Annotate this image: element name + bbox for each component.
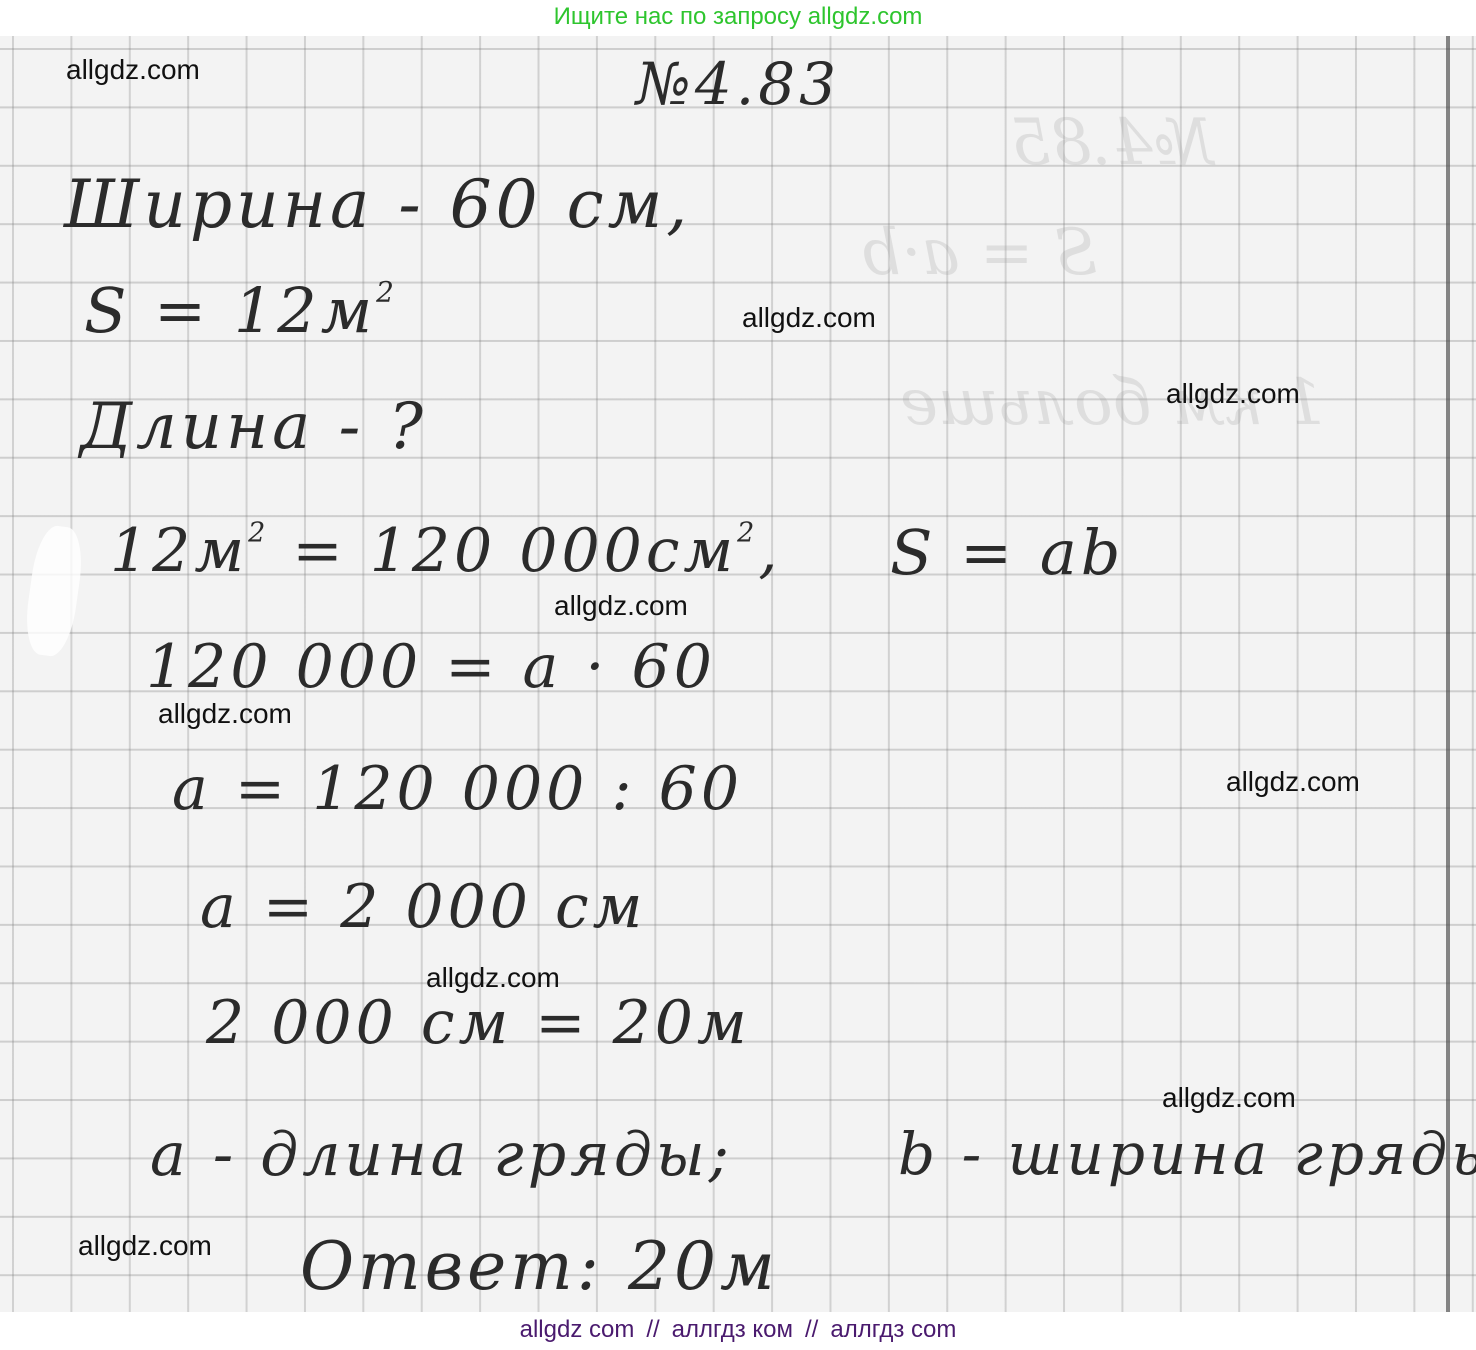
conversion-left-exponent: 2: [248, 517, 269, 548]
watermark: allgdz.com: [426, 962, 560, 994]
top-banner: Ищите нас по запросу allgdz.com: [0, 0, 1476, 36]
watermark: allgdz.com: [66, 54, 200, 86]
bottom-banner: allgdz com//аллгдз ком//аллгдз com: [0, 1312, 1476, 1350]
area-formula: S = ab: [890, 516, 1125, 589]
find-length: Длина - ?: [80, 390, 427, 464]
bleed-through-text: S = a·b: [860, 216, 1098, 290]
watermark: allgdz.com: [554, 590, 688, 622]
bottom-banner-separator: //: [646, 1316, 659, 1343]
bottom-banner-part: аллгдз ком: [672, 1316, 793, 1343]
unit-conversion: 12м2 = 120 000см2,: [110, 516, 781, 586]
answer: Ответ: 20м: [300, 1228, 779, 1305]
conversion-right: = 120 000см: [269, 516, 737, 586]
watermark: allgdz.com: [78, 1230, 212, 1262]
equation-step-3: a = 2 000 см: [200, 872, 646, 942]
bottom-banner-part: аллгдз com: [830, 1316, 956, 1343]
equation-step-2: a = 120 000 : 60: [172, 754, 743, 824]
equation-step-1: 120 000 = a · 60: [146, 632, 716, 702]
area-exponent: 2: [376, 275, 398, 308]
legend-b: b - ширина гряды: [898, 1120, 1476, 1188]
conversion-left: 12м: [110, 516, 248, 586]
conversion-right-exponent: 2: [737, 517, 758, 548]
legend-a: a - длина гряды;: [150, 1120, 733, 1190]
bleed-through-text: №4.85: [1010, 106, 1213, 180]
watermark: allgdz.com: [1166, 378, 1300, 410]
given-area-text: S = 12м: [84, 274, 376, 347]
watermark: allgdz.com: [158, 698, 292, 730]
bottom-banner-part: allgdz com: [520, 1316, 635, 1343]
conversion-comma: ,: [758, 516, 781, 586]
watermark: allgdz.com: [1226, 766, 1360, 798]
watermark: allgdz.com: [1162, 1082, 1296, 1114]
paper-smudge: [21, 523, 87, 658]
given-width: Ширина - 60 см,: [64, 166, 691, 243]
bottom-banner-separator: //: [805, 1316, 818, 1343]
unit-conversion-result: 2 000 см = 20м: [206, 988, 751, 1058]
notebook-page: №4.85 S = a·b 1 км больше №4.83 Ширина -…: [0, 36, 1476, 1312]
problem-number: №4.83: [636, 50, 840, 118]
given-area: S = 12м2: [84, 274, 398, 347]
watermark: allgdz.com: [742, 302, 876, 334]
